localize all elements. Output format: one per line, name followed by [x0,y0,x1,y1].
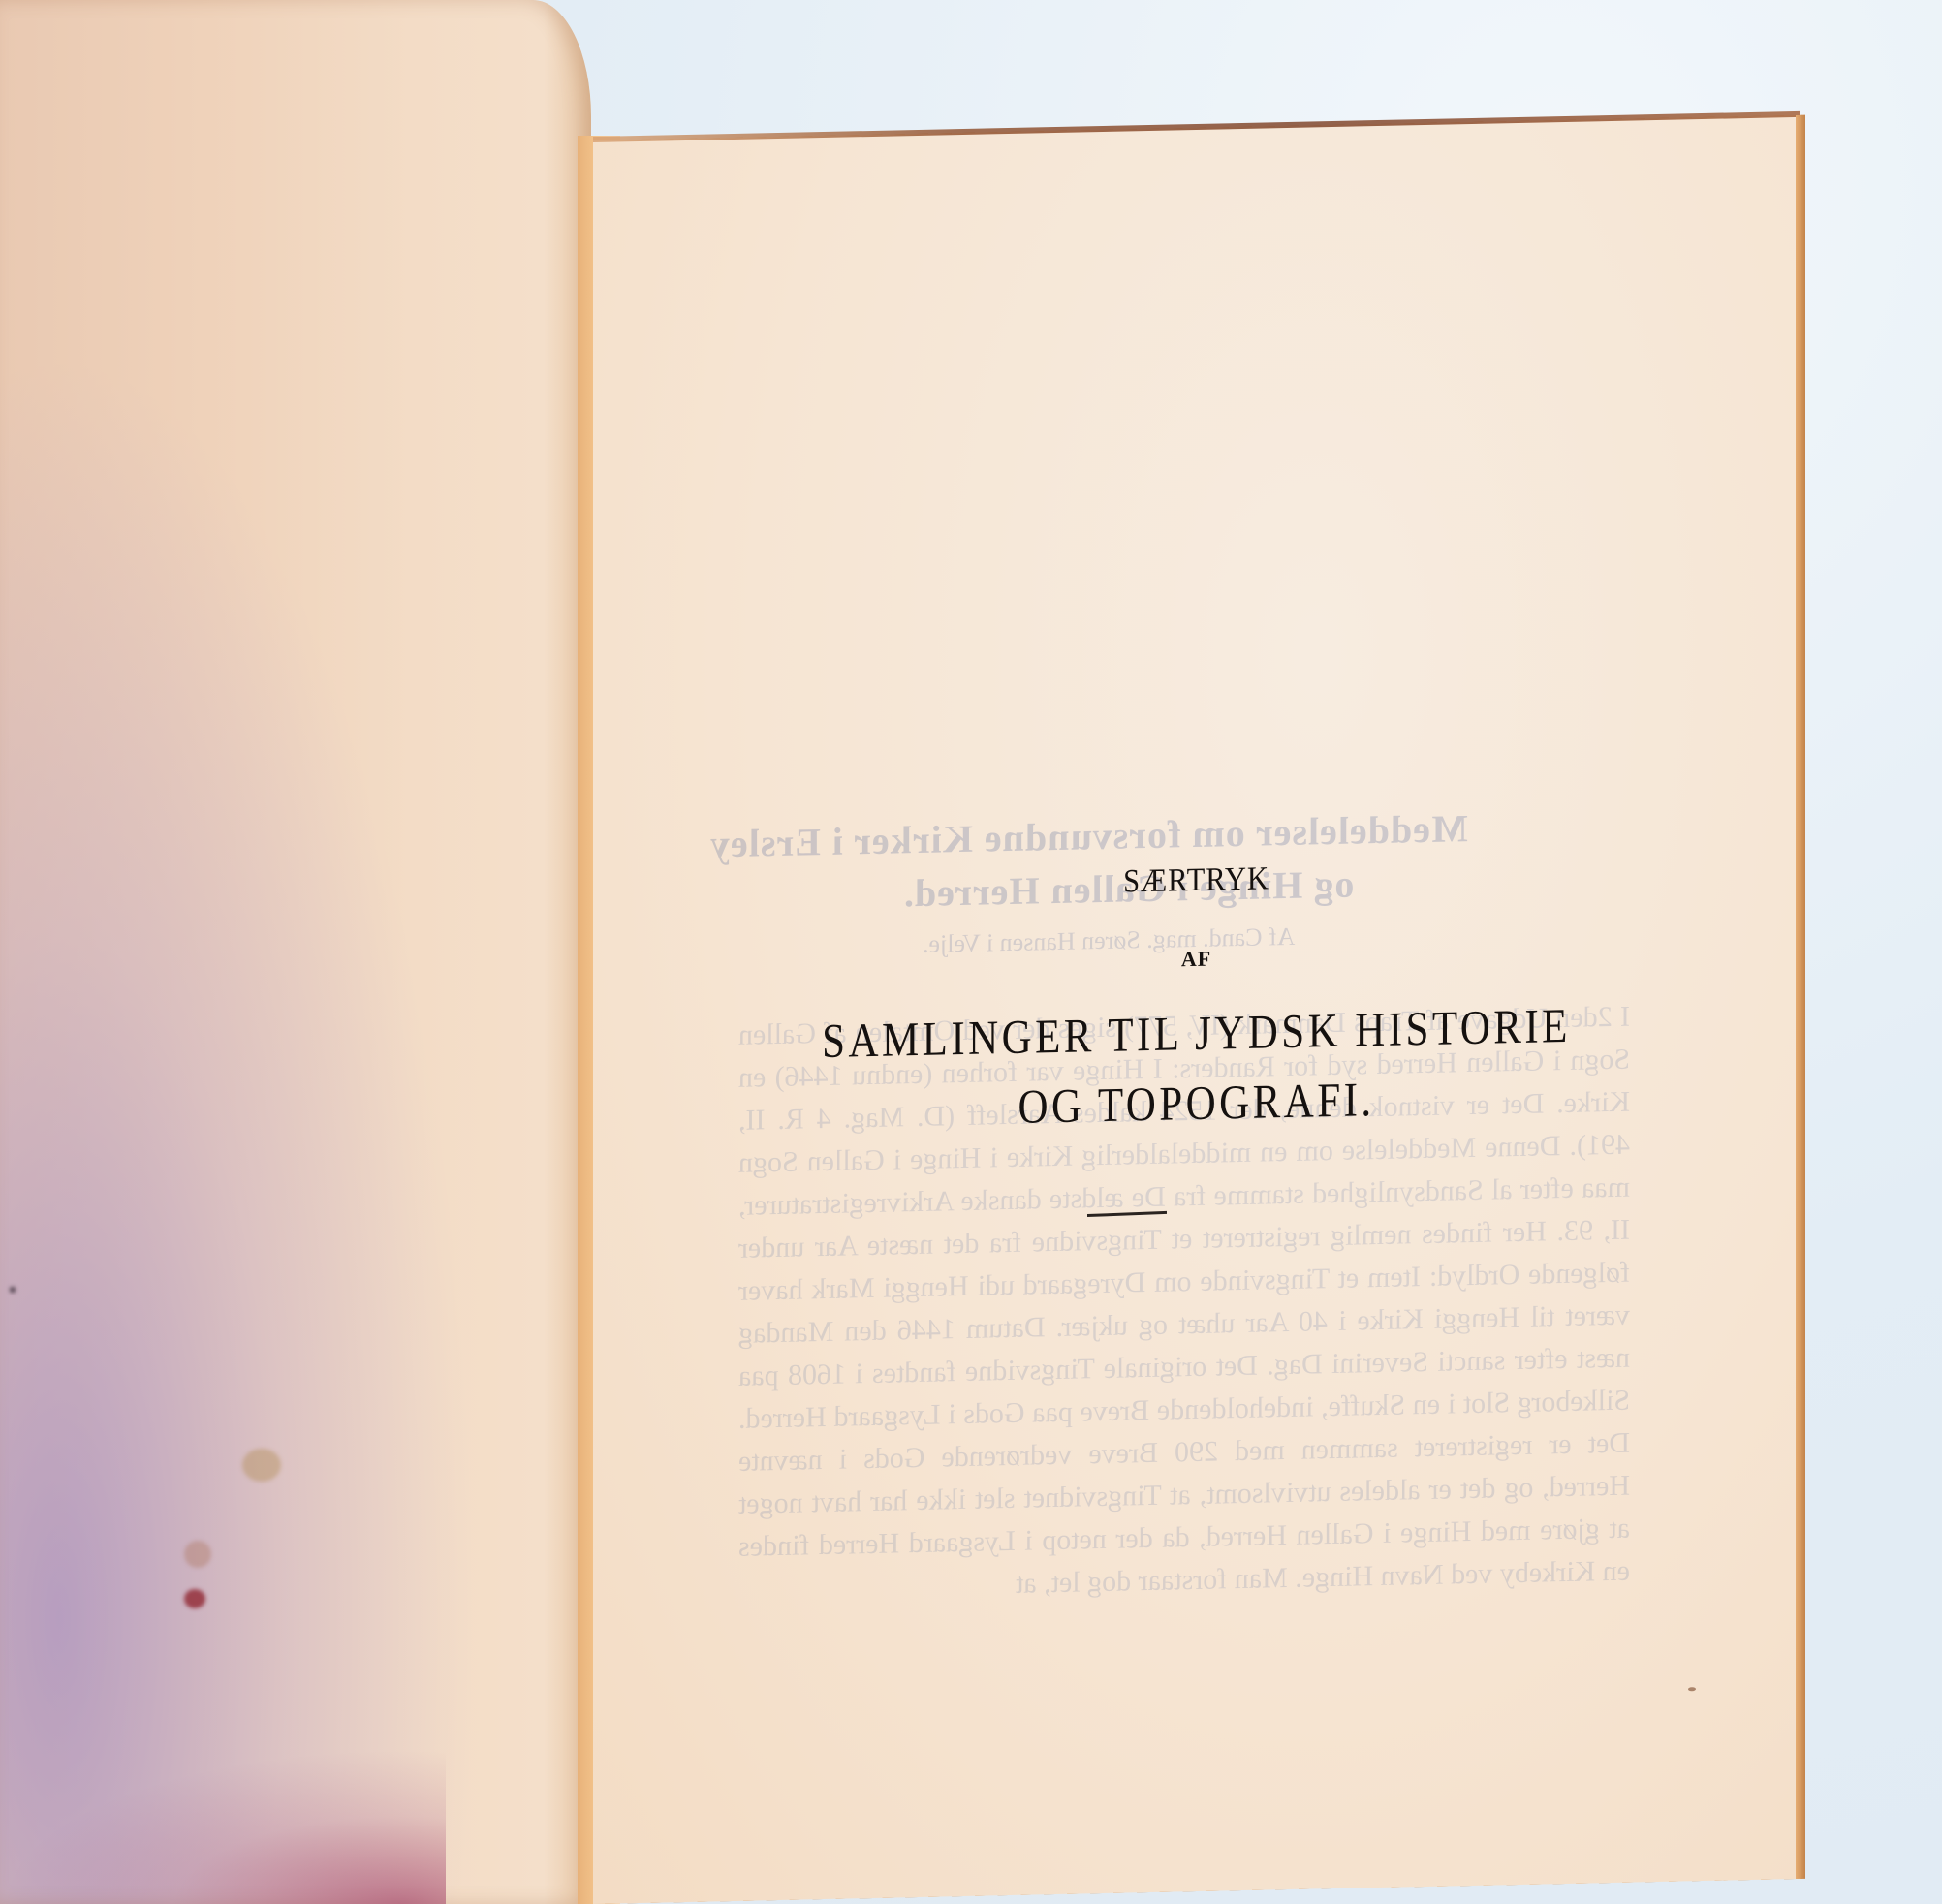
paper-speck [1688,1687,1696,1691]
page-fold-shadow [0,1749,446,1904]
stain-spot [242,1449,281,1482]
stain-spot [184,1589,205,1608]
left-page [0,0,591,1904]
stain-spot [184,1541,211,1568]
right-page: Meddelelser om forsvundne Kirker i Ersle… [593,115,1800,1904]
show-through-heading-1: Meddelelser om forsvundne Kirker i Ersle… [709,805,1468,866]
stain-spot [10,1287,16,1293]
page-right-edge [1796,115,1805,1879]
